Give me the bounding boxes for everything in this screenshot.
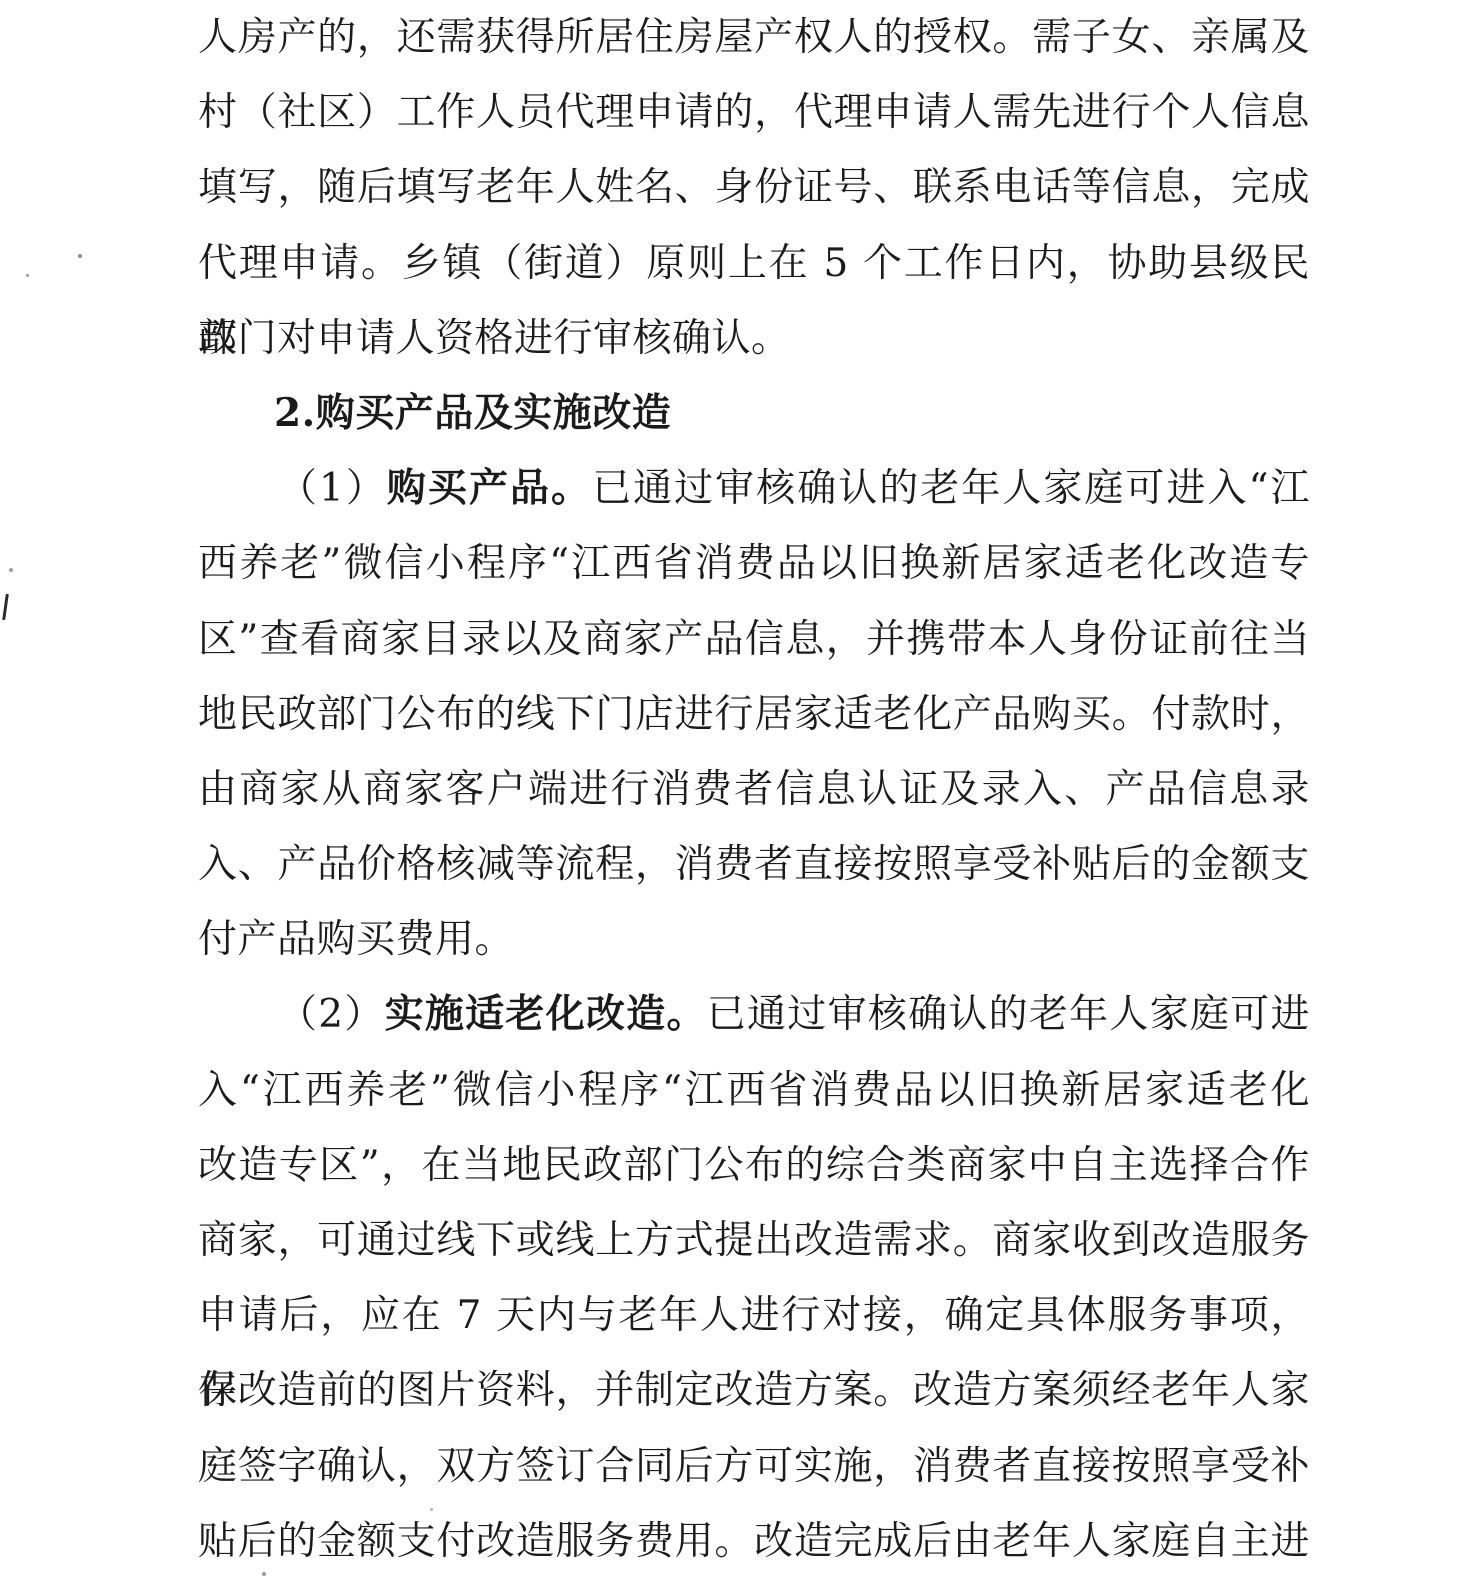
text-segment: 庭签字确认，双方签订合同后方可实施，消费者直接按照享受补 xyxy=(198,1444,1310,1489)
text-segment: 西养老”微信小程序“江西省消费品以旧换新居家适老化改造专 xyxy=(198,541,1310,586)
text-segment: （1） xyxy=(278,466,387,511)
text-segment: 贴后的金额支付改造服务费用。改造完成后由老年人家庭自主进 xyxy=(198,1519,1310,1564)
scan-speck xyxy=(26,274,29,277)
bold-text-segment: 购买产品。 xyxy=(387,465,592,511)
text-line-8: 西养老”微信小程序“江西省消费品以旧换新居家适老化改造专 xyxy=(198,526,1310,601)
text-line-7: （1）购买产品。已通过审核确认的老年人家庭可进入“江 xyxy=(198,451,1310,526)
text-segment: 由商家从商家客户端进行消费者信息认证及录入、产品信息录 xyxy=(198,767,1310,812)
text-line-6: 2.购买产品及实施改造 xyxy=(198,376,1310,451)
bold-text-segment: 实施适老化改造。 xyxy=(385,991,707,1037)
text-segment: 改造专区”，在当地民政部门公布的综合类商家中自主选择合作 xyxy=(198,1143,1310,1188)
text-segment: 入、产品价格核减等流程，消费者直接按照享受补贴后的金额支 xyxy=(198,842,1310,887)
text-segment: 区”查看商家目录以及商家产品信息，并携带本人身份证前往当 xyxy=(198,617,1310,662)
text-line-5: 部门对申请人资格进行审核确认。 xyxy=(198,301,1310,376)
text-segment: 商家，可通过线下或线上方式提出改造需求。商家收到改造服务 xyxy=(198,1218,1310,1263)
text-line-20: 庭签字确认，双方签订合同后方可实施，消费者直接按照享受补 xyxy=(198,1429,1310,1504)
text-segment: （2） xyxy=(278,992,385,1037)
text-line-16: 改造专区”，在当地民政部门公布的综合类商家中自主选择合作 xyxy=(198,1128,1310,1203)
text-line-21: 贴后的金额支付改造服务费用。改造完成后由老年人家庭自主进 xyxy=(198,1504,1310,1578)
text-line-14: （2）实施适老化改造。已通过审核确认的老年人家庭可进 xyxy=(198,977,1310,1052)
text-line-2: 村（社区）工作人员代理申请的，代理申请人需先进行个人信息 xyxy=(198,75,1310,150)
scan-speck xyxy=(262,1572,266,1576)
text-segment: 村（社区）工作人员代理申请的，代理申请人需先进行个人信息 xyxy=(198,90,1310,135)
text-segment: 地民政部门公布的线下门店进行居家适老化产品购买。付款时， xyxy=(198,692,1310,737)
text-segment: 人房产的，还需获得所居住房屋产权人的授权。需子女、亲属及 xyxy=(198,15,1310,60)
text-segment: 部门对申请人资格进行审核确认。 xyxy=(198,316,791,361)
text-line-19: 存改造前的图片资料，并制定改造方案。改造方案须经老年人家 xyxy=(198,1353,1310,1428)
text-line-18: 申请后，应在 7 天内与老年人进行对接，确定具体服务事项，保 xyxy=(198,1278,1310,1353)
text-segment: 填写，随后填写老年人姓名、身份证号、联系电话等信息，完成 xyxy=(198,165,1310,210)
text-line-4: 代理申请。乡镇（街道）原则上在 5 个工作日内，协助县级民政 xyxy=(198,226,1310,301)
text-line-17: 商家，可通过线下或线上方式提出改造需求。商家收到改造服务 xyxy=(198,1203,1310,1278)
text-segment: 存改造前的图片资料，并制定改造方案。改造方案须经老年人家 xyxy=(198,1368,1310,1413)
text-line-12: 入、产品价格核减等流程，消费者直接按照享受补贴后的金额支 xyxy=(198,827,1310,902)
scan-speck xyxy=(9,568,13,572)
text-line-13: 付产品购买费用。 xyxy=(198,902,1310,977)
text-segment: 已通过审核确认的老年人家庭可进 xyxy=(707,992,1310,1037)
scanned-document-page: 人房产的，还需获得所居住房屋产权人的授权。需子女、亲属及村（社区）工作人员代理申… xyxy=(0,0,1465,1578)
text-line-9: 区”查看商家目录以及商家产品信息，并携带本人身份证前往当 xyxy=(198,602,1310,677)
text-segment: 已通过审核确认的老年人家庭可进入“江 xyxy=(592,466,1310,511)
text-line-3: 填写，随后填写老年人姓名、身份证号、联系电话等信息，完成 xyxy=(198,150,1310,225)
scan-speck xyxy=(78,254,82,258)
scan-speck xyxy=(430,1508,433,1511)
text-line-10: 地民政部门公布的线下门店进行居家适老化产品购买。付款时， xyxy=(198,677,1310,752)
scan-dash-artifact xyxy=(2,594,9,620)
text-segment: 付产品购买费用。 xyxy=(198,917,514,962)
document-text-block: 人房产的，还需获得所居住房屋产权人的授权。需子女、亲属及村（社区）工作人员代理申… xyxy=(198,0,1310,1578)
text-segment: 入“江西养老”微信小程序“江西省消费品以旧换新居家适老化 xyxy=(198,1068,1310,1113)
text-line-15: 入“江西养老”微信小程序“江西省消费品以旧换新居家适老化 xyxy=(198,1053,1310,1128)
text-line-1: 人房产的，还需获得所居住房屋产权人的授权。需子女、亲属及 xyxy=(198,0,1310,75)
bold-text-segment: 2.购买产品及实施改造 xyxy=(274,390,671,436)
text-line-11: 由商家从商家客户端进行消费者信息认证及录入、产品信息录 xyxy=(198,752,1310,827)
